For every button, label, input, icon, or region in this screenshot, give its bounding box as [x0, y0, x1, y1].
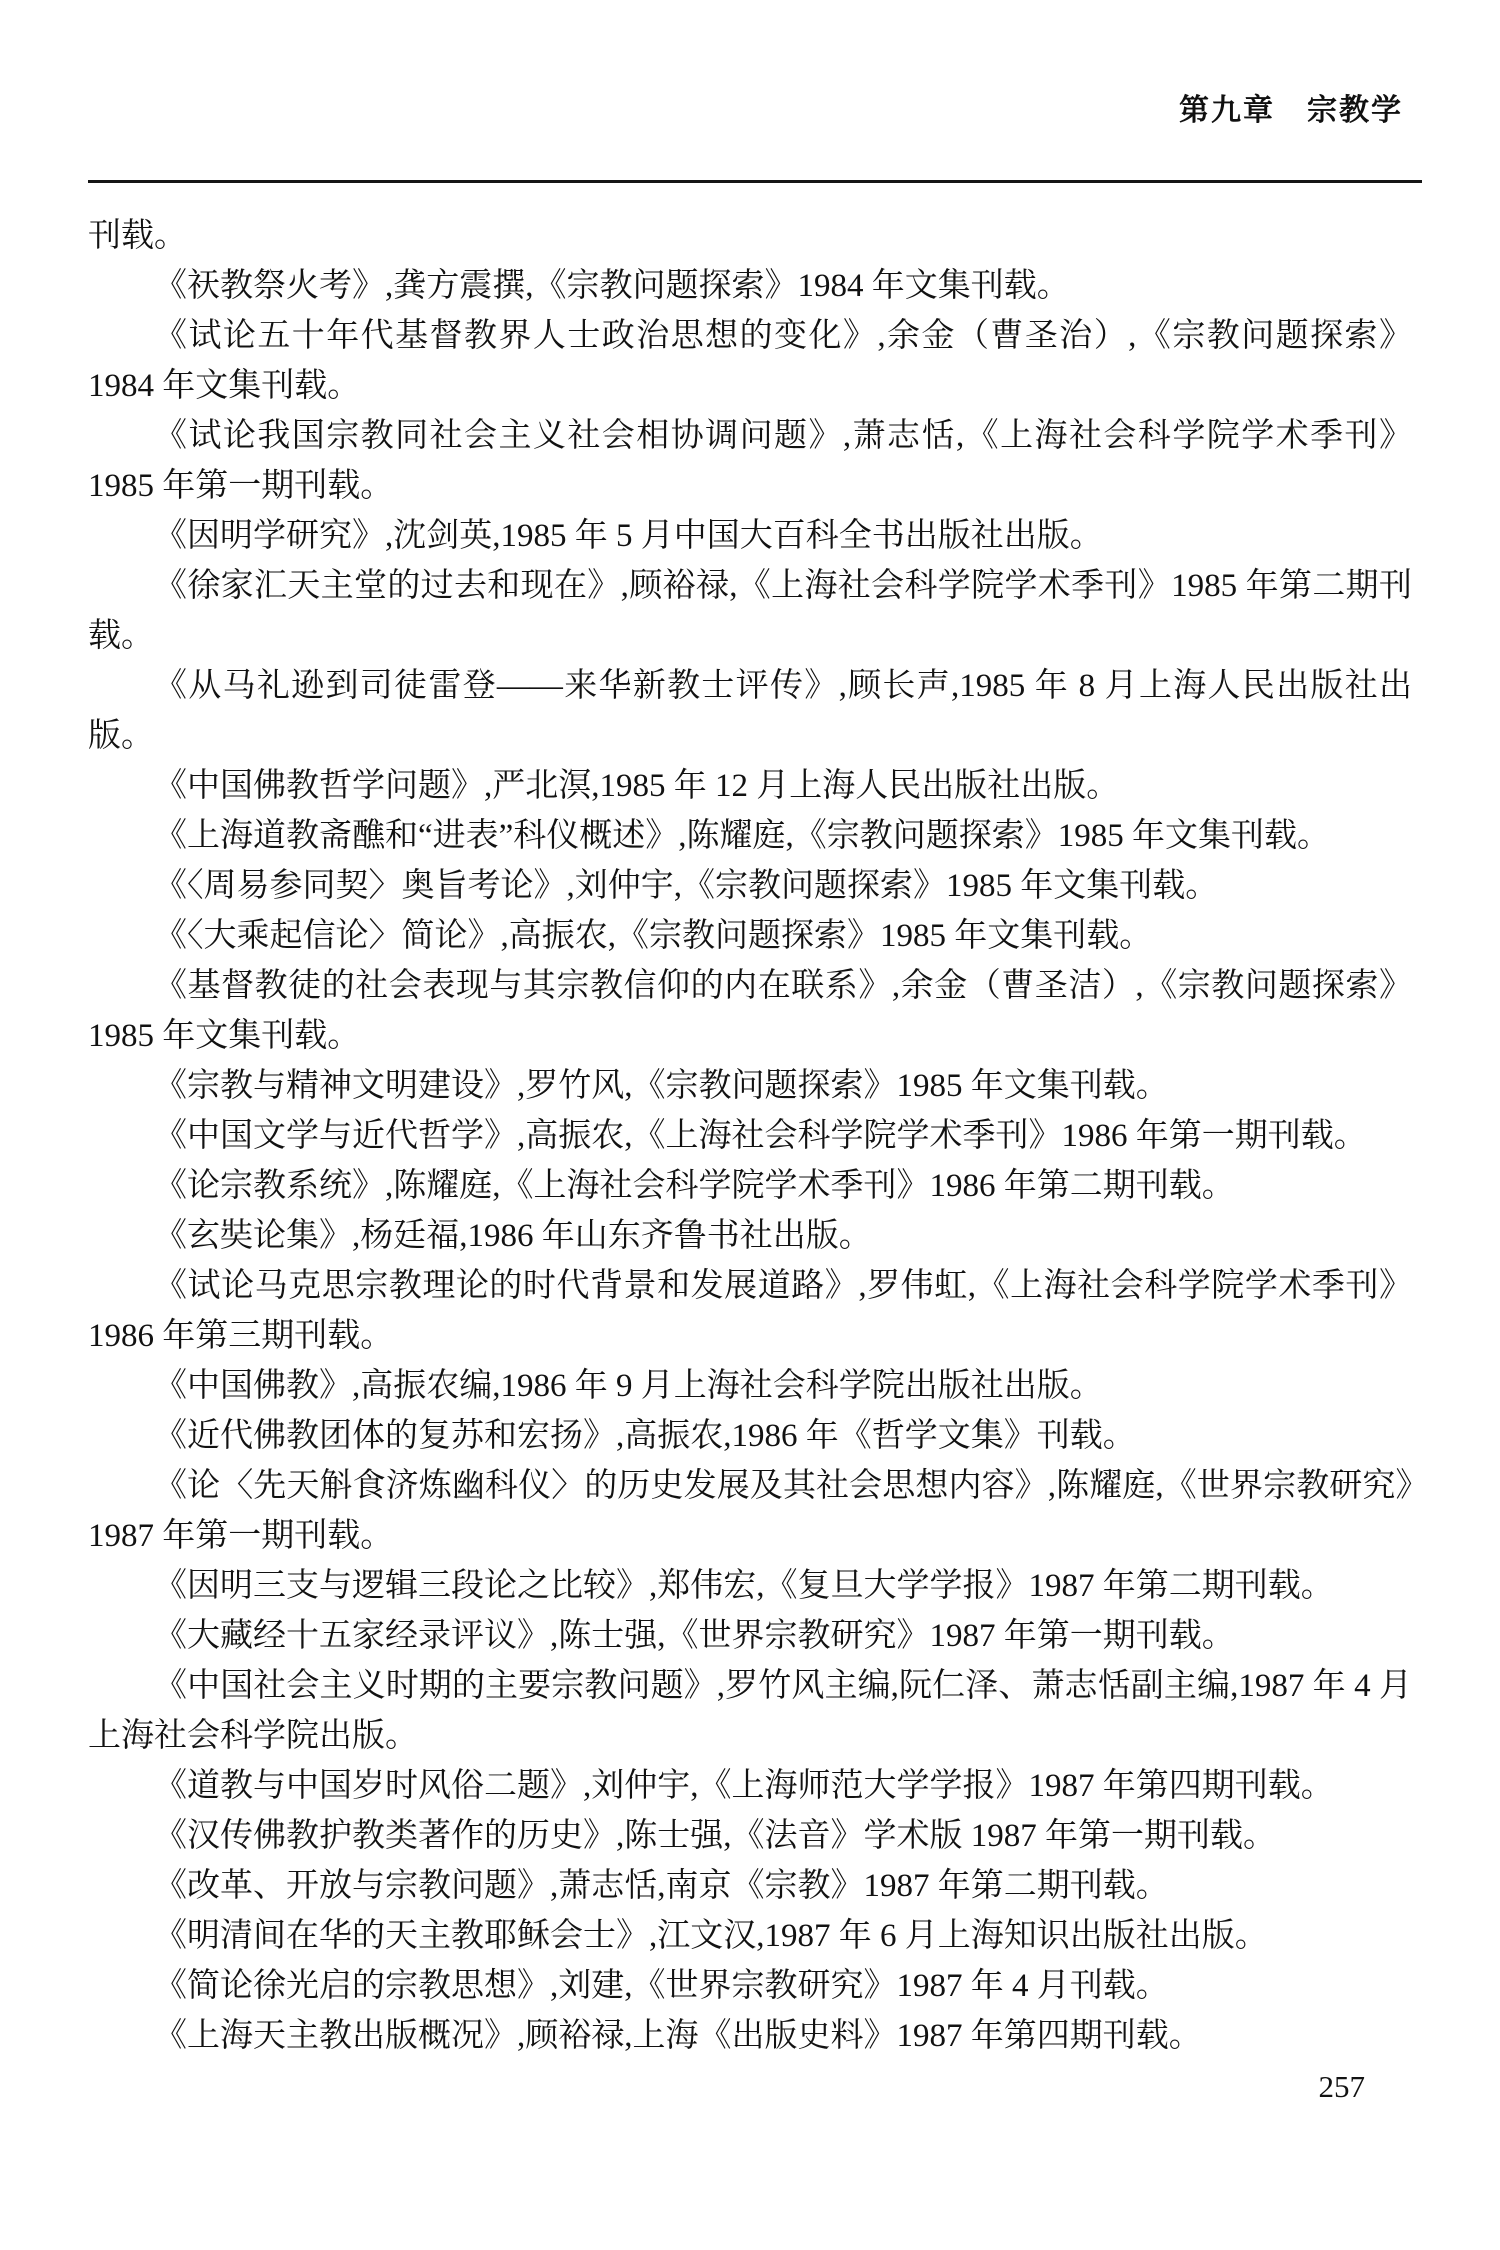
bibliography-entry: 《基督教徒的社会表现与其宗教信仰的内在联系》,余金（曹圣洁）,《宗教问题探索》1… — [88, 961, 1412, 1061]
bibliography-entry: 《近代佛教团体的复苏和宏扬》,高振农,1986 年《哲学文集》刊载。 — [88, 1411, 1412, 1461]
chapter-running-head: 第九章 宗教学 — [1179, 93, 1403, 129]
bibliography-entry: 《因明三支与逻辑三段论之比较》,郑伟宏,《复旦大学学报》1987 年第二期刊载。 — [88, 1561, 1412, 1611]
bibliography-entry: 《祆教祭火考》,龚方震撰,《宗教问题探索》1984 年文集刊载。 — [88, 261, 1412, 311]
bibliography-entry: 刊载。 — [88, 211, 1412, 261]
bibliography-entry: 《道教与中国岁时风俗二题》,刘仲宇,《上海师范大学学报》1987 年第四期刊载。 — [88, 1761, 1412, 1811]
bibliography-entry: 《论宗教系统》,陈耀庭,《上海社会科学院学术季刊》1986 年第二期刊载。 — [88, 1161, 1412, 1211]
bibliography-entry: 《玄奘论集》,杨廷福,1986 年山东齐鲁书社出版。 — [88, 1211, 1412, 1261]
page-number: 257 — [1319, 2068, 1366, 2106]
bibliography-entry: 《上海道教斋醮和“进表”科仪概述》,陈耀庭,《宗教问题探索》1985 年文集刊载… — [88, 811, 1412, 861]
bibliography-entry: 《中国文学与近代哲学》,高振农,《上海社会科学院学术季刊》1986 年第一期刊载… — [88, 1111, 1412, 1161]
bibliography-entry: 《徐家汇天主堂的过去和现在》,顾裕禄,《上海社会科学院学术季刊》1985 年第二… — [88, 561, 1412, 661]
book-page: 第九章 宗教学 刊载。《祆教祭火考》,龚方震撰,《宗教问题探索》1984 年文集… — [0, 0, 1500, 2250]
bibliography-entry: 《〈周易参同契〉奥旨考论》,刘仲宇,《宗教问题探索》1985 年文集刊载。 — [88, 861, 1412, 911]
bibliography-entry: 《简论徐光启的宗教思想》,刘建,《世界宗教研究》1987 年 4 月刊载。 — [88, 1961, 1412, 2011]
bibliography-entry: 《中国佛教哲学问题》,严北溟,1985 年 12 月上海人民出版社出版。 — [88, 761, 1412, 811]
bibliography-entry: 《中国佛教》,高振农编,1986 年 9 月上海社会科学院出版社出版。 — [88, 1361, 1412, 1411]
bibliography-entry: 《上海天主教出版概况》,顾裕禄,上海《出版史料》1987 年第四期刊载。 — [88, 2011, 1412, 2061]
bibliography-entry: 《试论我国宗教同社会主义社会相协调问题》,萧志恬,《上海社会科学院学术季刊》19… — [88, 411, 1412, 511]
bibliography-entry: 《大藏经十五家经录评议》,陈士强,《世界宗教研究》1987 年第一期刊载。 — [88, 1611, 1412, 1661]
bibliography-entry: 《宗教与精神文明建设》,罗竹风,《宗教问题探索》1985 年文集刊载。 — [88, 1061, 1412, 1111]
bibliography-entry: 《明清间在华的天主教耶稣会士》,江文汉,1987 年 6 月上海知识出版社出版。 — [88, 1911, 1412, 1961]
header-rule — [88, 180, 1422, 183]
bibliography-entry: 《汉传佛教护教类著作的历史》,陈士强,《法音》学术版 1987 年第一期刊载。 — [88, 1811, 1412, 1861]
bibliography-entry: 《试论五十年代基督教界人士政治思想的变化》,余金（曹圣治）,《宗教问题探索》19… — [88, 311, 1412, 411]
bibliography-entry: 《从马礼逊到司徒雷登——来华新教士评传》,顾长声,1985 年 8 月上海人民出… — [88, 661, 1412, 761]
bibliography-entry: 《中国社会主义时期的主要宗教问题》,罗竹风主编,阮仁泽、萧志恬副主编,1987 … — [88, 1661, 1412, 1761]
bibliography-entry: 《改革、开放与宗教问题》,萧志恬,南京《宗教》1987 年第二期刊载。 — [88, 1861, 1412, 1911]
bibliography-list: 刊载。《祆教祭火考》,龚方震撰,《宗教问题探索》1984 年文集刊载。《试论五十… — [88, 211, 1412, 2061]
bibliography-entry: 《〈大乘起信论〉简论》,高振农,《宗教问题探索》1985 年文集刊载。 — [88, 911, 1412, 961]
bibliography-entry: 《试论马克思宗教理论的时代背景和发展道路》,罗伟虹,《上海社会科学院学术季刊》1… — [88, 1261, 1412, 1361]
bibliography-entry: 《因明学研究》,沈剑英,1985 年 5 月中国大百科全书出版社出版。 — [88, 511, 1412, 561]
bibliography-entry: 《论〈先天斛食济炼幽科仪〉的历史发展及其社会思想内容》,陈耀庭,《世界宗教研究》… — [88, 1461, 1412, 1561]
